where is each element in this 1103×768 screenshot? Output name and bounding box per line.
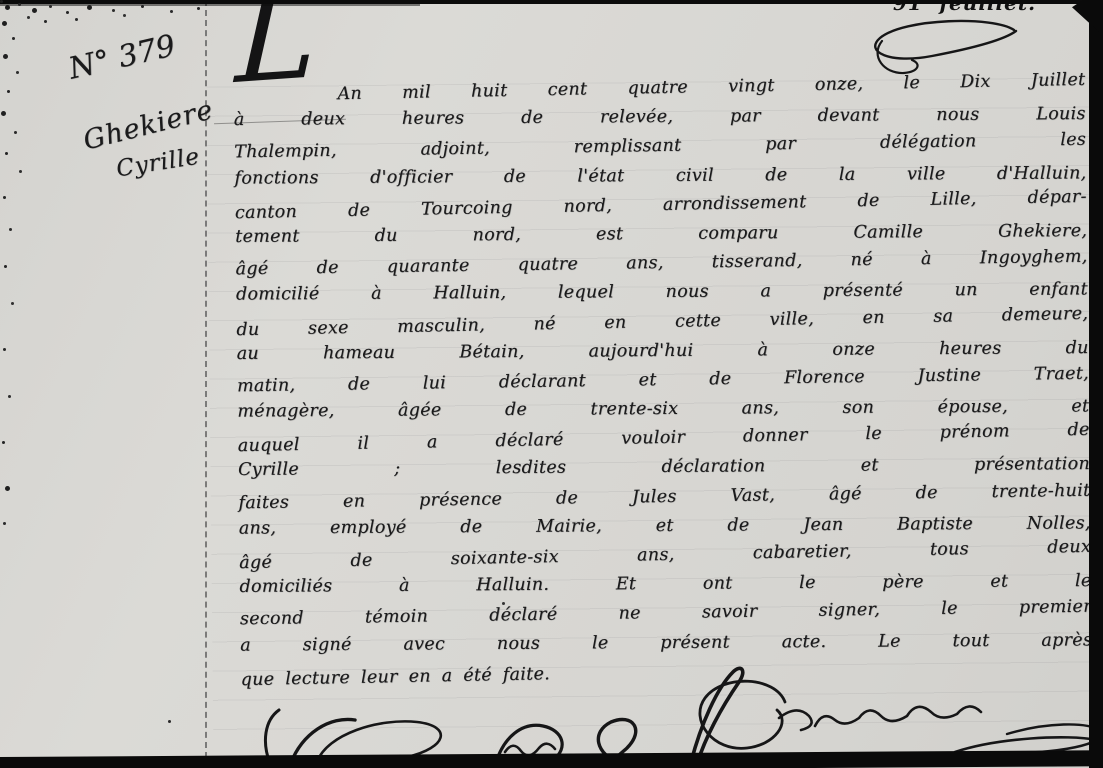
scan-edge-right-corner: [1072, 0, 1103, 36]
act-text: An mil huit cent quatre vingt onze, le D…: [233, 69, 1092, 692]
child-given-name: Cyrille: [114, 144, 201, 183]
ink-dot: [168, 720, 171, 723]
scan-edge-right: [1089, 0, 1103, 768]
scan-noise: [0, 0, 3, 3]
scan-edge-bottom: [0, 750, 1103, 768]
act-number: N° 379: [65, 28, 178, 86]
scan-edge-top-shadow: [0, 4, 420, 6]
scanned-register-page: 91e feuillet. N° 379 Ghekiere Cyrille L …: [0, 0, 1103, 768]
ink-dot: [502, 602, 505, 605]
